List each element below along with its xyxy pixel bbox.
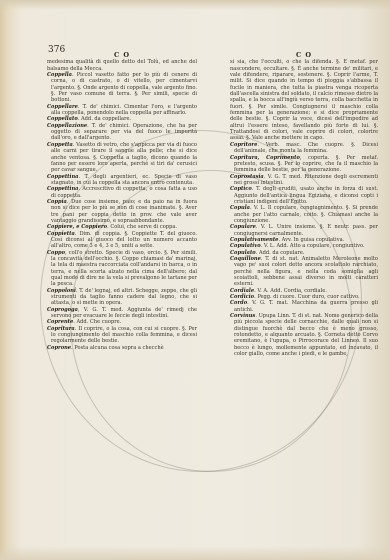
book-page: 376 C O medesima qualità di quello detto… (0, 0, 390, 560)
entry-headword: Copulare (230, 224, 256, 230)
entry-headword: Coppellare (47, 104, 78, 110)
entry-headword: Cordo (230, 300, 247, 306)
left-entries: medesima qualità di quello detto del Tol… (47, 59, 197, 351)
entry-headword: Coppo (47, 250, 65, 256)
dictionary-entry: Coprone. Posta alcuna cosa sopra a checc… (47, 345, 197, 351)
dictionary-entry: Coppettina. T. degli argentieri, ec. Spe… (47, 174, 197, 187)
entry-text: . Add. da copulare. (256, 250, 305, 256)
entry-headword: Cordicio (230, 294, 254, 300)
dictionary-entry: Copritura, Coprimento, coperta. §. Per m… (230, 155, 378, 174)
entry-headword: Copritura (47, 326, 75, 332)
entry-headword: Coptico (230, 186, 252, 192)
dictionary-entry: Coppettina. Accrescitivo di coppetta, o … (47, 186, 197, 199)
entry-text: si sia, che l'occulti, o che la difenda.… (230, 59, 378, 141)
entry-headword: Cordiale (230, 288, 254, 294)
entry-text: . Add. Che cuopre. (73, 319, 121, 325)
left-column: C O medesima qualità di quello detto del… (47, 52, 197, 351)
entry-text: . Posta alcuna cosa sopra a checchè (71, 345, 164, 351)
entry-text: . V. L. Add. Atto a copulare, congiuntiv… (261, 243, 365, 249)
entry-text: . Upupa Linn. T. di st. nat. Nome generi… (234, 313, 378, 357)
entry-text: . Pegg. di cuore. Cuor duro, cuor cattiv… (254, 294, 360, 300)
entry-text: . Colui, che serve di coppa. (107, 224, 177, 230)
entry-headword: Coprogoga (47, 307, 78, 313)
entry-headword: Copritore (230, 142, 257, 148)
entry-headword: Copulativo (230, 243, 261, 249)
dictionary-entry: Coppetta. Vasetto di vetro, che s'appicc… (47, 142, 197, 174)
entry-text: . V. A. Add. Cordia, cordiale. (254, 288, 327, 294)
dictionary-entry: medesima qualità di quello detto del Tol… (47, 59, 197, 72)
entry-headword: Copulato (230, 250, 256, 256)
dictionary-entry: Coquillone. T. di st. nat. Animaletto Me… (230, 256, 378, 288)
entry-headword: Coppella (47, 72, 72, 78)
dictionary-entry: Coppella. Piccol vasetto fatto per lo pi… (47, 72, 197, 104)
entry-text: . V. L. Il copulare, congiugnimento. §. … (234, 205, 378, 224)
entry-headword: Coppellazione (47, 123, 87, 129)
entry-headword: Copula (230, 205, 250, 211)
entry-text: , coll'o stretto. Specie di vaso, orcio.… (51, 250, 197, 288)
entry-text: . Avv. In guisa copulativa. (278, 237, 344, 243)
dictionary-entry: Coprostasia. V. G. T. med. Ritenzione de… (230, 174, 378, 187)
dictionary-entry: Coprogoga, V. G. T. med. Aggiunta de' ri… (47, 307, 197, 320)
entry-text: . Vasetto di vetro, che s'appicca per vi… (51, 142, 197, 173)
right-entries: si sia, che l'occulti, o che la difenda.… (230, 59, 378, 357)
dictionary-entry: Coppoloni. T. de' legnaj, ed altri. Sche… (47, 288, 197, 307)
entry-text: . Due cose insieme, paio; e da paio na i… (51, 199, 197, 224)
entry-headword: Coquillone (230, 256, 261, 262)
right-column: C O si sia, che l'occulti, o che la dife… (230, 52, 378, 358)
entry-headword: Coppettina (47, 174, 78, 180)
entry-headword: Coprostasia (230, 174, 264, 180)
entry-headword: Copritura, Coprimento (230, 155, 300, 161)
entry-headword: Coprente (47, 319, 73, 325)
dictionary-entry: Copula. V. L. Il copulare, congiugniment… (230, 205, 378, 224)
dictionary-entry: Copritura. Il coprire, o la cosa, con cu… (47, 326, 197, 345)
dictionary-entry: Coppietta. Dim. di coppia. §. Coppiette … (47, 231, 197, 250)
entry-headword: Coppietta (47, 231, 75, 237)
entry-text: . Add. da coppellare. (78, 116, 131, 122)
dictionary-entry: Coppo, coll'o stretto. Specie di vaso, o… (47, 250, 197, 288)
entry-headword: Coppettina (47, 186, 78, 192)
entry-headword: Coppoloni (47, 288, 76, 294)
dictionary-entry: Cordo. V. G. T. mat. Macchina da guerra … (230, 300, 378, 313)
right-column-header: C O (230, 52, 378, 58)
entry-text: . V. G. T. mat. Macchina da guerra press… (234, 300, 378, 312)
left-column-header: C O (47, 52, 197, 58)
entry-headword: Copulativamente (230, 237, 278, 243)
dictionary-entry: si sia, che l'occulti, o che la difenda.… (230, 59, 378, 141)
entry-headword: Coppiere, e Coppiero (47, 224, 107, 230)
entry-text: . V. L. Unire insieme. §. E neutr. pass.… (234, 224, 378, 236)
dictionary-entry: Coppellare. T. de' chimici. Cimentar l'o… (47, 104, 197, 117)
dictionary-entry: Coppellazione. T. de' chimici. Operazion… (47, 123, 197, 142)
entry-headword: Coppellato (47, 116, 78, 122)
entry-text: . Piccol vasetto fatto per lo più di cen… (51, 72, 197, 103)
entry-text: . T. degli eruditi, usato anche in forza… (234, 186, 378, 205)
entry-headword: Coprone (47, 345, 71, 351)
dictionary-entry: Corvinus. Upupa Linn. T. di st. nat. Nom… (230, 313, 378, 357)
dictionary-entry: Coppia. Due cose insieme, paio; e da pai… (47, 199, 197, 224)
dictionary-entry: Coptico. T. degli eruditi, usato anche i… (230, 186, 378, 205)
dictionary-entry: Copulare. V. L. Unire insieme. §. E neut… (230, 224, 378, 237)
entry-headword: Coppia (47, 199, 67, 205)
entry-headword: Coppetta (47, 142, 73, 148)
entry-text: medesima qualità di quello detto del Tol… (47, 59, 197, 71)
dictionary-entry: Copritore. Verb. masc. Che cuopre. §. Di… (230, 142, 378, 155)
